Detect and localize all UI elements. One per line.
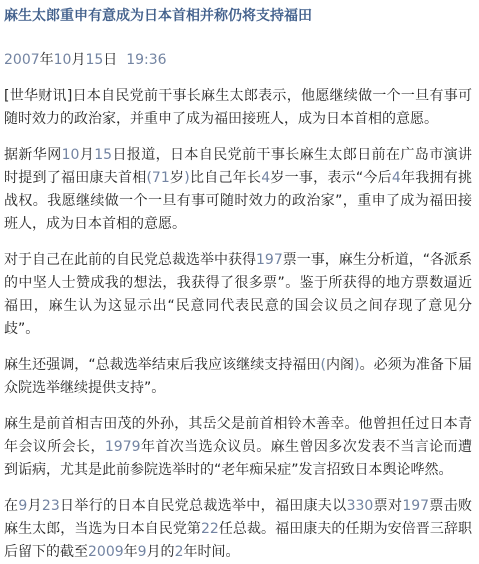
numeric-text: 330: [347, 498, 374, 514]
numeric-text: 9: [138, 544, 147, 560]
numeric-text: 10: [54, 52, 72, 68]
numeric-text: 1979: [105, 439, 141, 455]
numeric-text: 197: [256, 252, 283, 268]
paragraph-speech: 据新华网10月15日报道，日本自民党前干事长麻生太郎日前在广岛市演讲时提到了福田…: [4, 144, 472, 236]
page-title: 麻生太郎重申有意成为日本首相并称仍将支持福田: [4, 5, 472, 28]
paragraph-support-statement: 麻生还强调，“总裁选举结束后我应该继续支持福田(内阁)。必须为准备下届众院选举继…: [4, 354, 472, 400]
numeric-text: 9: [18, 498, 27, 514]
numeric-text: 15: [94, 147, 112, 163]
numeric-text: ): [184, 170, 189, 186]
paragraph-background: 麻生是前首相吉田茂的外孙，其岳父是前首相铃木善幸。他曾担任过日本青年会议所会长，…: [4, 413, 472, 482]
paragraph-election-result: 在9月23日举行的日本自民党总裁选举中，福田康夫以330票对197票击败麻生太郎…: [4, 495, 472, 564]
numeric-text: 2007: [4, 52, 40, 68]
numeric-text: 4: [392, 170, 401, 186]
numeric-text: 15: [85, 52, 103, 68]
paragraph-vote-analysis: 对于自己在此前的自民党总裁选举中获得197票一事，麻生分析道，“各派系的中坚人士…: [4, 249, 472, 341]
article-datetime: 2007年10月15日 19:36: [4, 49, 472, 72]
numeric-text: 2009: [88, 544, 124, 560]
numeric-text: ): [354, 357, 359, 373]
numeric-text: (: [320, 357, 325, 373]
numeric-text: 2: [175, 544, 184, 560]
numeric-text: 19:36: [126, 52, 166, 68]
article-page: 麻生太郎重申有意成为日本首相并称仍将支持福田 2007年10月15日 19:36…: [0, 0, 479, 564]
numeric-text: (71: [146, 170, 169, 186]
numeric-text: 22: [201, 521, 219, 537]
numeric-text: 197: [402, 498, 429, 514]
numeric-text: 10: [62, 147, 80, 163]
article-body: [世华财讯]日本自民党前干事长麻生太郎表示，他愿继续做一个一旦有事可随时效力的政…: [4, 85, 472, 564]
numeric-text: 23: [42, 498, 60, 514]
paragraph-lead: [世华财讯]日本自民党前干事长麻生太郎表示，他愿继续做一个一旦有事可随时效力的政…: [4, 85, 472, 131]
numeric-text: 4: [261, 170, 270, 186]
